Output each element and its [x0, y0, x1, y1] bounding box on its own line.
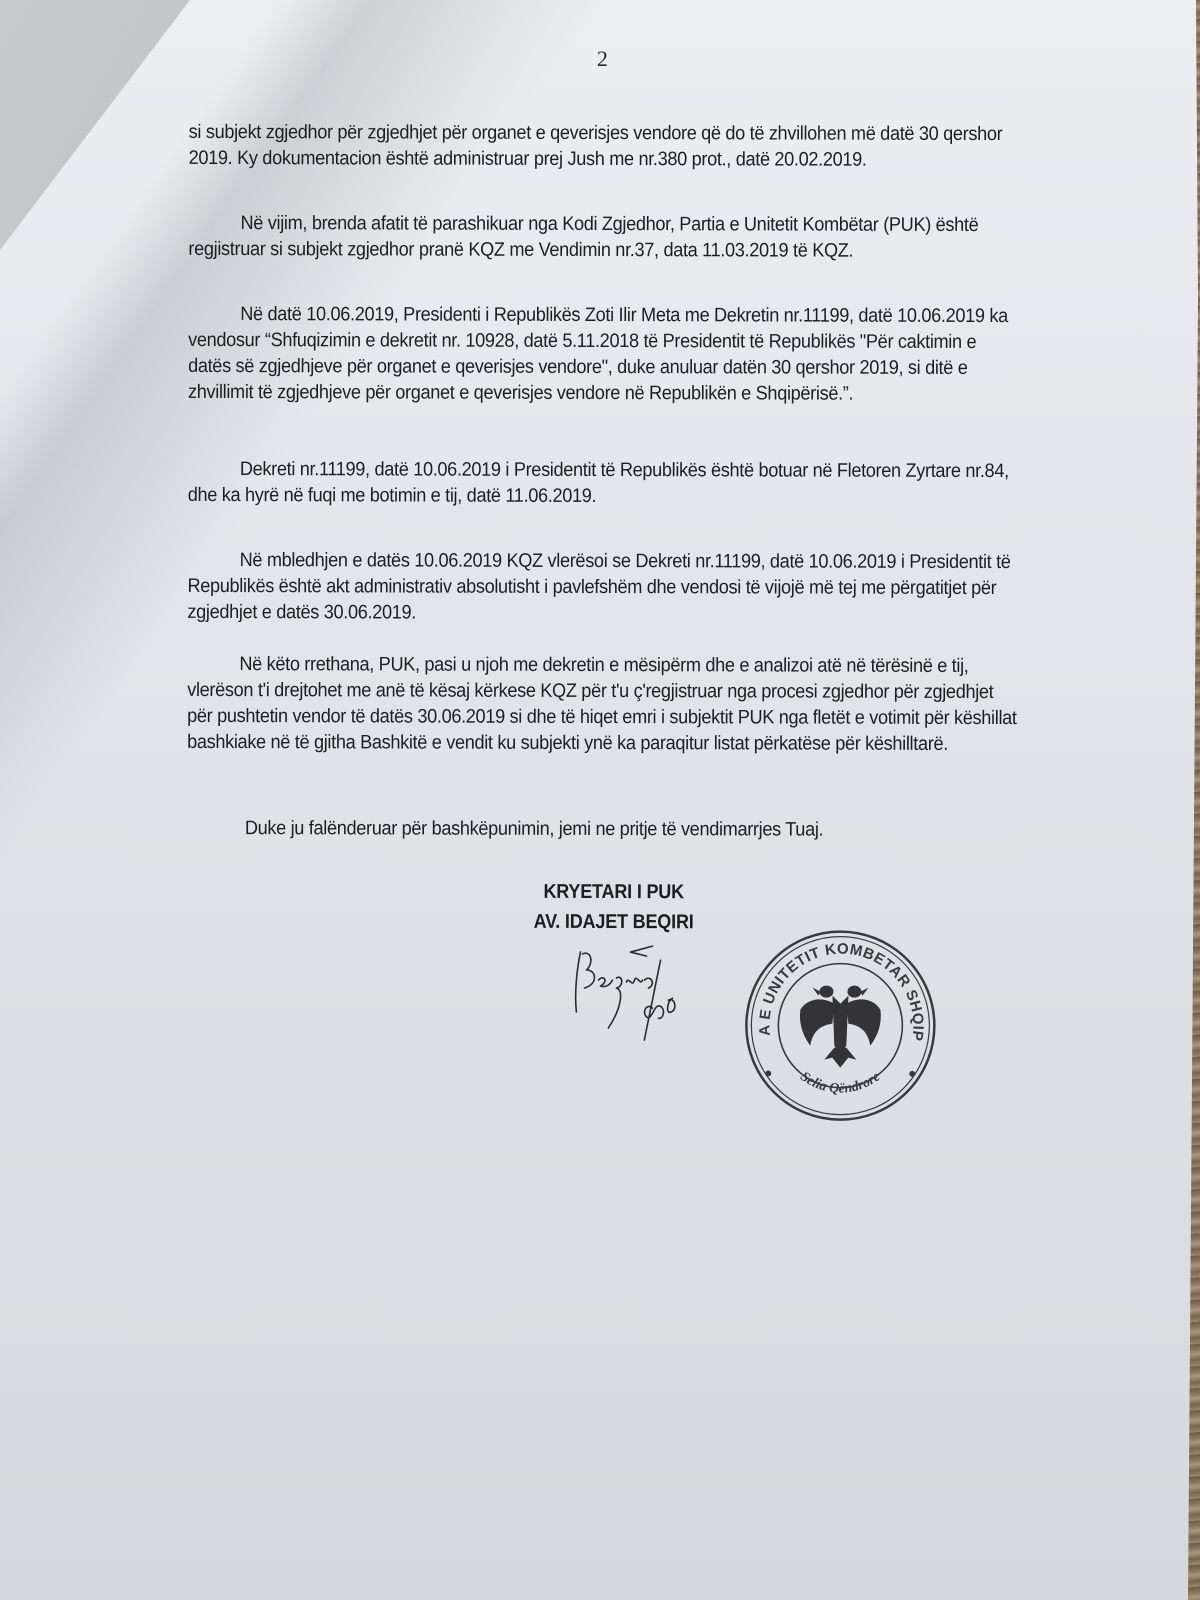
- paragraph-registration: Në vijim, brenda afatit të parashikuar n…: [188, 210, 1018, 264]
- paragraph-publication: Dekreti nr.11199, datë 10.06.2019 i Pres…: [188, 456, 1018, 510]
- handwritten-signature-icon: [568, 940, 688, 1050]
- paragraph-continuation: si subjekt zgjedhor për zgjedhjet për or…: [189, 119, 1019, 173]
- closing-line: Duke ju falënderuar për bashkëpunimin, j…: [245, 817, 823, 842]
- signatory-block: KRYETARI I PUK AV. IDAJET BEQIRI: [510, 877, 717, 938]
- stamp-outer-text: PARTIA E UNITETIT KOMBETAR SHQIPETAR: [740, 925, 927, 1042]
- svg-text:Selia Qëndrore: Selia Qëndrore: [797, 1069, 883, 1097]
- paragraph-kqz-meeting: Në mbledhjen e datës 10.06.2019 KQZ vler…: [187, 547, 1017, 627]
- page-number: 2: [597, 46, 608, 72]
- paragraph-request: Në këto rrethana, PUK, pasi u njoh me de…: [187, 651, 1017, 757]
- document-content: 2 si subjekt zgjedhor për zgjedhjet për …: [0, 0, 1200, 1600]
- double-headed-eagle-icon: [800, 986, 881, 1068]
- signatory-title: KRYETARI I PUK: [510, 877, 717, 908]
- paragraph-decree: Në datë 10.06.2019, Presidenti i Republi…: [188, 301, 1018, 407]
- signatory-name: AV. IDAJET BEQIRI: [510, 907, 717, 938]
- stamp-inner-text: Selia Qëndrore: [797, 1069, 883, 1097]
- svg-text:PARTIA E UNITETIT KOMBETAR SHQ: PARTIA E UNITETIT KOMBETAR SHQIPETAR: [740, 925, 927, 1042]
- party-stamp: PARTIA E UNITETIT KOMBETAR SHQIPETAR Sel…: [740, 925, 941, 1126]
